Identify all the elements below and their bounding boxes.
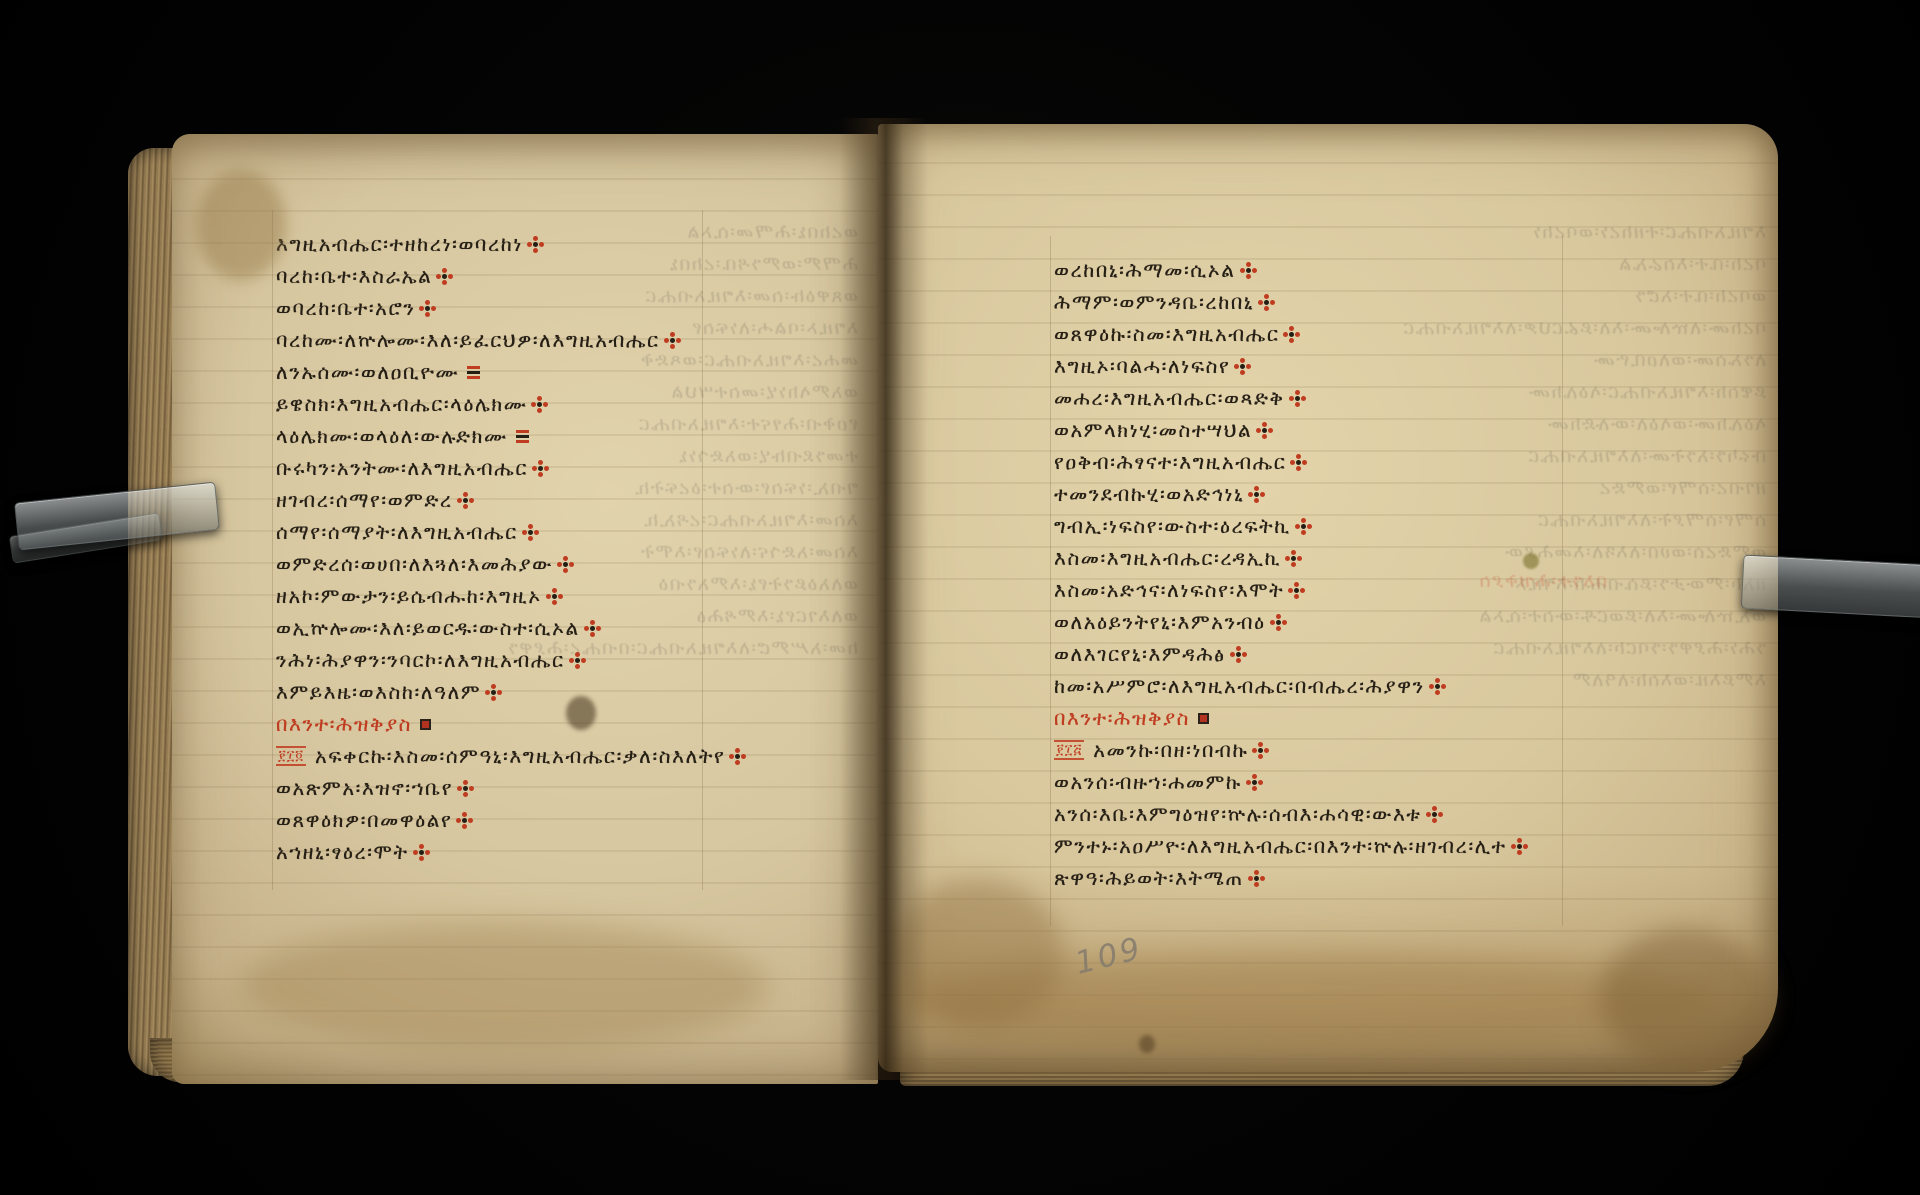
manuscript-line: ወረከበኒ፡ሕማመ፡ሲኦል: [1054, 254, 1694, 286]
line-text: ሰማየ፡ሰማያት፡ለእግዚአብሔር: [276, 520, 518, 544]
manuscript-line: ቡሩካን፡አንትሙ፡ለእግዚአብሔር: [276, 452, 876, 484]
verse-divider-icon: [1262, 428, 1267, 433]
line-text: በእንተ፡ሕዝቅያስ: [276, 712, 412, 736]
verse-divider-icon: [575, 658, 580, 663]
verse-divider-icon: [533, 242, 538, 247]
manuscript-line: ጽዋዓ፡ሕይወት፡እትሜጠ: [1054, 862, 1694, 894]
line-text: አኀዘኒ፡ፃዕረ፡ሞት: [276, 840, 409, 864]
line-text: ዘአኮ፡ምውታን፡ይሴብሑከ፡እግዚኦ: [276, 584, 542, 608]
manuscript-line: በእንተ፡ሕዝቅያስ: [1054, 702, 1694, 734]
manuscript-line: ፻፲፬አፍቀርኩ፡እስመ፡ሰምዓኒ፡እግዚአብሔር፡ቃለ፡ስእለትየ: [276, 740, 876, 772]
psalm-number: ፻፲፭: [1054, 740, 1084, 760]
manuscript-line: እግዚኦ፡ባልሓ፡ለነፍስየ: [1054, 350, 1694, 382]
manuscript-line: ወኢኵሎሙ፡እለ፡ይወርዱ፡ውስተ፡ሲኦል: [276, 612, 876, 644]
line-text: ላዕሌክሙ፡ወላዕለ፡ውሉድክሙ: [276, 424, 508, 448]
line-text: ንሕነ፡ሕያዋን፡ንባርኮ፡ለእግዚአብሔር: [276, 648, 565, 672]
right-page: እግዚአብሔር፡ተዘከረነ፡ወባረከነባረከ፡ቤተ፡እስራኤልወባረከ፡ቤተ፡አ…: [878, 124, 1778, 1072]
manuscript-line: ወአምላክነሂ፡መስተሣህል: [1054, 414, 1694, 446]
margin-ruling-line: [272, 210, 273, 890]
manuscript-line: እስመ፡አድኅና፡ለነፍስየ፡እሞት: [1054, 574, 1694, 606]
line-text: ይዌስክ፡እግዚአብሔር፡ላዕሌክሙ: [276, 392, 527, 416]
verse-divider-icon: [1432, 812, 1437, 817]
manuscript-line: ባረከሙ፡ለኵሎሙ፡እለ፡ይፈርህዎ፡ለእግዚአብሔር: [276, 324, 876, 356]
verse-divider-icon: [537, 402, 542, 407]
verse-divider-icon: [491, 690, 496, 695]
verse-divider-icon: [670, 338, 675, 343]
manuscript-line: የዐቅብ፡ሕፃናተ፡እግዚአብሔር: [1054, 446, 1694, 478]
verse-divider-icon: [1294, 588, 1299, 593]
verse-divider-icon: [1254, 492, 1259, 497]
line-text: አመንኩ፡በዘ፡ነበብኩ: [1093, 738, 1248, 762]
manuscript-line: ዘገብረ፡ሰማየ፡ወምድረ: [276, 484, 876, 516]
left-page: ወረከበኒ፡ሕማመ፡ሲኦልሕማም፡ወምንዳቤ፡ረከበኒወጸዋዕኩ፡ስመ፡እግዚአ…: [172, 134, 878, 1084]
verse-divider-icon: [425, 306, 430, 311]
manuscript-line: መሐረ፡እግዚአብሔር፡ወጻድቅ: [1054, 382, 1694, 414]
manuscript-line: ተመንደብኩሂ፡ወአድኅነኒ: [1054, 478, 1694, 510]
manuscript-line: እስመ፡እግዚአብሔር፡ረዳኢኪ: [1054, 542, 1694, 574]
line-text: እስመ፡አድኅና፡ለነፍስየ፡እሞት: [1054, 578, 1284, 602]
manuscript-line: ወለአዕይንትየኒ፡እምአንብዕ: [1054, 606, 1694, 638]
verse-divider-icon: [1254, 876, 1259, 881]
verse-divider-icon: [1435, 684, 1440, 689]
line-text: ባረከ፡ቤተ፡እስራኤል: [276, 264, 432, 288]
manuscript-line: ወምድረሰ፡ወሀበ፡ለእጓለ፡እመሕያው: [276, 548, 876, 580]
line-text: ባረከሙ፡ለኵሎሙ፡እለ፡ይፈርህዎ፡ለእግዚአብሔር: [276, 328, 660, 352]
verse-divider-icon: [1236, 652, 1241, 657]
verse-divider-icon: [1252, 780, 1257, 785]
verse-divider-icon: [1264, 300, 1269, 305]
manuscript-line: ይዌስክ፡እግዚአብሔር፡ላዕሌክሙ: [276, 388, 876, 420]
line-text: እግዚአብሔር፡ተዘከረነ፡ወባረከነ: [276, 232, 523, 256]
line-text: ወጸዋዕክዎ፡በመዋዕልየ: [276, 808, 452, 832]
verse-divider-icon: [528, 530, 533, 535]
line-text: ወአምላክነሂ፡መስተሣህል: [1054, 418, 1252, 442]
manuscript-line: ዘአኮ፡ምውታን፡ይሴብሑከ፡እግዚኦ: [276, 580, 876, 612]
verse-divider-icon: [1291, 556, 1296, 561]
bleedthrough-line: እግዚአብሔር፡ተዘከረነ፡ወባረከነ: [1130, 216, 1766, 248]
line-text: እግዚኦ፡ባልሓ፡ለነፍስየ: [1054, 354, 1230, 378]
verse-divider-icon: [538, 466, 543, 471]
line-text: ወአጽምአ፡እዝኖ፡ኀቤየ: [276, 776, 453, 800]
manuscript-line: ወጸዋዕኩ፡ስመ፡እግዚአብሔር: [1054, 318, 1694, 350]
manuscript-line: ወአንሰ፡ብዙኀ፡ሐመምኩ: [1054, 766, 1694, 798]
manuscript-line: ወአጽምአ፡እዝኖ፡ኀቤየ: [276, 772, 876, 804]
verse-divider-icon: [735, 754, 740, 759]
verse-divider-icon: [516, 430, 529, 443]
manuscript-line: ወባረከ፡ቤተ፡አሮን: [276, 292, 876, 324]
manuscript-line: ግብኢ፡ነፍስየ፡ውስተ፡ዕረፍትኪ: [1054, 510, 1694, 542]
verse-divider-icon: [552, 594, 557, 599]
line-text: ወለአዕይንትየኒ፡እምአንብዕ: [1054, 610, 1266, 634]
verse-divider-icon: [420, 719, 431, 730]
line-text: የዐቅብ፡ሕፃናተ፡እግዚአብሔር: [1054, 450, 1286, 474]
line-text: ቡሩካን፡አንትሙ፡ለእግዚአብሔር: [276, 456, 528, 480]
manuscript-line: ወለእገርየኒ፡እምዳሕፅ: [1054, 638, 1694, 670]
line-text: ወአንሰ፡ብዙኀ፡ሐመምኩ: [1054, 770, 1242, 794]
manuscript-line: ምንተኑ፡አዐሥዮ፡ለእግዚአብሔር፡በእንተ፡ኵሉ፡ዘገብረ፡ሊተ: [1054, 830, 1694, 862]
line-text: ምንተኑ፡አዐሥዮ፡ለእግዚአብሔር፡በእንተ፡ኵሉ፡ዘገብረ፡ሊተ: [1054, 834, 1507, 858]
verse-divider-icon: [563, 562, 568, 567]
manuscript-line: ከመ፡አሥምሮ፡ለእግዚአብሔር፡በብሔረ፡ሕያዋን: [1054, 670, 1694, 702]
manuscript-line: ሕማም፡ወምንዳቤ፡ረከበኒ: [1054, 286, 1694, 318]
verse-divider-icon: [1258, 748, 1263, 753]
verse-divider-icon: [1198, 713, 1209, 724]
manuscript-line: በእንተ፡ሕዝቅያስ: [276, 708, 876, 740]
psalm-number: ፻፲፬: [276, 746, 306, 766]
manuscript-line: አንሰ፡እቤ፡እምግዕዝየ፡ኵሉ፡ሰብእ፡ሐሳዊ፡ውእቱ: [1054, 798, 1694, 830]
manuscript-line: ወጸዋዕክዎ፡በመዋዕልየ: [276, 804, 876, 836]
manuscript-line: ንሕነ፡ሕያዋን፡ንባርኮ፡ለእግዚአብሔር: [276, 644, 876, 676]
manuscript-line: እግዚአብሔር፡ተዘከረነ፡ወባረከነ: [276, 228, 876, 260]
verse-divider-icon: [462, 818, 467, 823]
line-text: ወምድረሰ፡ወሀበ፡ለእጓለ፡እመሕያው: [276, 552, 553, 576]
verse-divider-icon: [1246, 268, 1251, 273]
verse-divider-icon: [1240, 364, 1245, 369]
line-text: ወባረከ፡ቤተ፡አሮን: [276, 296, 415, 320]
verse-divider-icon: [1276, 620, 1281, 625]
verse-divider-icon: [1517, 844, 1522, 849]
left-text-block: እግዚአብሔር፡ተዘከረነ፡ወባረከነባረከ፡ቤተ፡እስራኤልወባረከ፡ቤተ፡አ…: [276, 228, 876, 868]
manuscript-line: ላዕሌክሙ፡ወላዕለ፡ውሉድክሙ: [276, 420, 876, 452]
verse-divider-icon: [419, 850, 424, 855]
line-text: ጽዋዓ፡ሕይወት፡እትሜጠ: [1054, 866, 1244, 890]
verse-divider-icon: [463, 786, 468, 791]
manuscript-line: ፻፲፭አመንኩ፡በዘ፡ነበብኩ: [1054, 734, 1694, 766]
line-text: ወረከበኒ፡ሕማመ፡ሲኦል: [1054, 258, 1236, 282]
manuscript-line: ሰማየ፡ሰማያት፡ለእግዚአብሔር: [276, 516, 876, 548]
line-text: አፍቀርኩ፡እስመ፡ሰምዓኒ፡እግዚአብሔር፡ቃለ፡ስእለትየ: [315, 744, 725, 768]
verse-divider-icon: [442, 274, 447, 279]
line-text: ግብኢ፡ነፍስየ፡ውስተ፡ዕረፍትኪ: [1054, 514, 1291, 538]
line-text: ወለእገርየኒ፡እምዳሕፅ: [1054, 642, 1226, 666]
manuscript-photo: ወረከበኒ፡ሕማመ፡ሲኦልሕማም፡ወምንዳቤ፡ረከበኒወጸዋዕኩ፡ስመ፡እግዚአ…: [0, 0, 1920, 1195]
line-text: እምይእዜ፡ወእስከ፡ለዓለም: [276, 680, 481, 704]
verse-divider-icon: [1289, 332, 1294, 337]
line-text: ወጸዋዕኩ፡ስመ፡እግዚአብሔር: [1054, 322, 1279, 346]
margin-ruling-line: [1050, 236, 1051, 926]
line-text: ከመ፡አሥምሮ፡ለእግዚአብሔር፡በብሔረ፡ሕያዋን: [1054, 674, 1425, 698]
verse-divider-icon: [1296, 460, 1301, 465]
manuscript-line: እምይእዜ፡ወእስከ፡ለዓለም: [276, 676, 876, 708]
right-text-block: ወረከበኒ፡ሕማመ፡ሲኦልሕማም፡ወምንዳቤ፡ረከበኒወጸዋዕኩ፡ስመ፡እግዚአ…: [1054, 254, 1694, 894]
line-text: መሐረ፡እግዚአብሔር፡ወጻድቅ: [1054, 386, 1285, 410]
verse-divider-icon: [1295, 396, 1300, 401]
verse-divider-icon: [590, 626, 595, 631]
line-text: እስመ፡እግዚአብሔር፡ረዳኢኪ: [1054, 546, 1281, 570]
line-text: ወኢኵሎሙ፡እለ፡ይወርዱ፡ውስተ፡ሲኦል: [276, 616, 580, 640]
line-text: ሕማም፡ወምንዳቤ፡ረከበኒ: [1054, 290, 1254, 314]
verse-divider-icon: [467, 366, 480, 379]
line-text: በእንተ፡ሕዝቅያስ: [1054, 706, 1190, 730]
verse-divider-icon: [1301, 524, 1306, 529]
verse-divider-icon: [463, 498, 468, 503]
page-clamp-right: [1741, 554, 1920, 619]
line-text: ዘገብረ፡ሰማየ፡ወምድረ: [276, 488, 453, 512]
manuscript-line: አኀዘኒ፡ፃዕረ፡ሞት: [276, 836, 876, 868]
manuscript-line: ለንኡሰሙ፡ወለዐቢዮሙ: [276, 356, 876, 388]
manuscript-line: ባረከ፡ቤተ፡እስራኤል: [276, 260, 876, 292]
line-text: ተመንደብኩሂ፡ወአድኅነኒ: [1054, 482, 1244, 506]
line-text: ለንኡሰሙ፡ወለዐቢዮሙ: [276, 360, 459, 384]
line-text: አንሰ፡እቤ፡እምግዕዝየ፡ኵሉ፡ሰብእ፡ሐሳዊ፡ውእቱ: [1054, 802, 1422, 826]
